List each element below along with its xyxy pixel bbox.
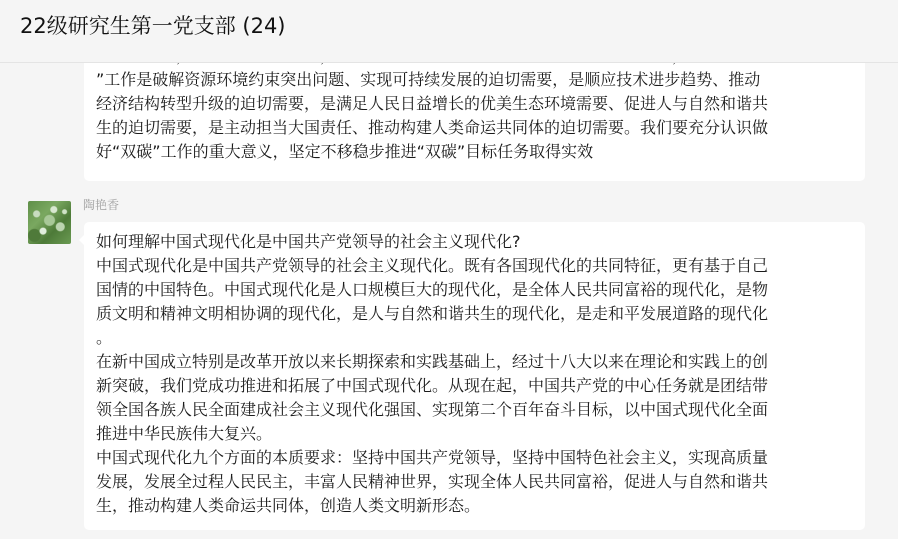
message-line: 在新中国成立特别是改革开放以来长期探索和实践基础上，经过十八大以来在理论和实践上… bbox=[96, 350, 853, 374]
message-line: 好“双碳”工作的重大意义，坚定不移稳步推进“双碳”目标任务取得实效 bbox=[96, 140, 853, 164]
sender-name: 陶艳香 bbox=[83, 196, 119, 214]
message-line: 国情的中国特色。中国式现代化是人口规模巨大的现代化，是全体人民共同富裕的现代化，… bbox=[96, 278, 853, 302]
message-line: 发展，发展全过程人民民主，丰富人民精神世界，实现全体人民共同富裕，促进人与自然和… bbox=[96, 470, 853, 494]
message-line: 领全国各族人民全面建成社会主义现代化强国、实现第二个百年奋斗目标，以中国式现代化… bbox=[96, 398, 853, 422]
chat-window: 的内在要求，不是别人让我们做，而是我们自己必须要做。我国已进入新发展阶段，推进“… bbox=[0, 0, 898, 539]
message-line: 质文明和精神文明相协调的现代化，是人与自然和谐共生的现代化，是走和平发展道路的现… bbox=[96, 302, 853, 326]
message-list[interactable]: 的内在要求，不是别人让我们做，而是我们自己必须要做。我国已进入新发展阶段，推进“… bbox=[0, 0, 898, 539]
message-line: 中国式现代化是中国共产党领导的社会主义现代化。既有各国现代化的共同特征，更有基于… bbox=[96, 254, 853, 278]
message-line: 中国式现代化九个方面的本质要求：坚持中国共产党领导，坚持中国特色社会主义，实现高… bbox=[96, 446, 853, 470]
chat-title: 22级研究生第一党支部 (24) bbox=[20, 12, 286, 40]
message-bubble[interactable]: 如何理解中国式现代化是中国共产党领导的社会主义现代化? 中国式现代化是中国共产党… bbox=[84, 222, 865, 530]
avatar[interactable] bbox=[28, 201, 71, 244]
message-line: 。 bbox=[96, 326, 853, 350]
message-line: 生的迫切需要，是主动担当大国责任、推动构建人类命运共同体的迫切需要。我们要充分认… bbox=[96, 116, 853, 140]
message-line: 新突破，我们党成功推进和拓展了中国式现代化。从现在起，中国共产党的中心任务就是团… bbox=[96, 374, 853, 398]
message-line: 经济结构转型升级的迫切需要，是满足人民日益增长的优美生态环境需要、促进人与自然和… bbox=[96, 92, 853, 116]
message-line: 生，推动构建人类命运共同体，创造人类文明新形态。 bbox=[96, 494, 853, 518]
chat-header: 22级研究生第一党支部 (24) bbox=[0, 0, 898, 63]
message-line: 如何理解中国式现代化是中国共产党领导的社会主义现代化? bbox=[96, 230, 853, 254]
message-line: 推进中华民族伟大复兴。 bbox=[96, 422, 853, 446]
message-line: ”工作是破解资源环境约束突出问题、实现可持续发展的迫切需要，是顺应技术进步趋势、… bbox=[96, 68, 853, 92]
